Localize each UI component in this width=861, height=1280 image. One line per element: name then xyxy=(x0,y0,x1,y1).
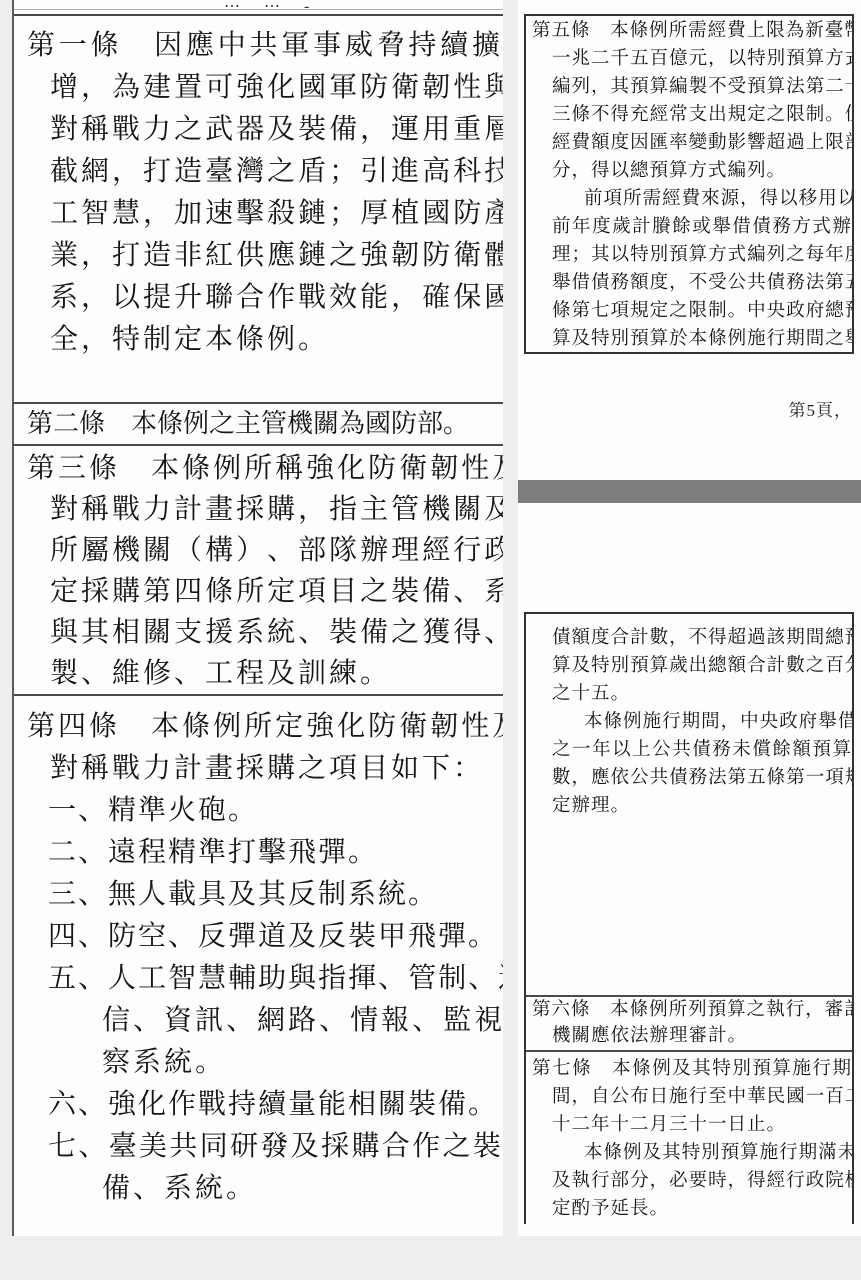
text-line: 之十五。 xyxy=(526,680,852,708)
text-line: 定採購第四條所定項目之裝備、系統 xyxy=(14,571,503,612)
article-5-continued-panel: 債額度合計數，不得超過該期間總預算及特別預算歲出總額合計數之百分之十五。本條例施… xyxy=(526,614,852,995)
text-line: 一、精準火砲。 xyxy=(14,790,503,832)
text-line: 十二年十二月三十一日止。 xyxy=(526,1111,852,1139)
text-line: 第三條 本條例所稱強化防衛韌性及不 xyxy=(14,448,503,489)
text-line: 第五條 本條例所需經費上限為新臺幣 xyxy=(526,17,852,45)
article-3-section: 第三條 本條例所稱強化防衛韌性及不對稱戰力計畫採購，指主管機關及其所屬機關（構）… xyxy=(14,446,503,694)
top-rule-dark xyxy=(14,14,503,16)
article-7-panel: 第七條 本條例及其特別預算施行期間，自公布日施行至中華民國一百二十二年十二月三十… xyxy=(526,1052,852,1224)
text-line: 第六條 本條例所列預算之執行，審計 xyxy=(526,997,852,1023)
text-line: 二、遠程精準打擊飛彈。 xyxy=(14,832,503,874)
text-line: 四、防空、反彈道及反裝甲飛彈。 xyxy=(14,916,503,958)
text-line: 一兆二千五百億元，以特別預算方式 xyxy=(526,45,852,73)
text-line: 第一條 因應中共軍事威脅持續擴 xyxy=(14,25,503,67)
text-line: 前年度歲計賸餘或舉借債務方式辦 xyxy=(526,213,852,241)
text-line: 算及特別預算歲出總額合計數之百分 xyxy=(526,652,852,680)
article-6-panel: 第六條 本條例所列預算之執行，審計機關應依法辦理審計。 xyxy=(526,997,852,1050)
text-line: 定酌予延長。 xyxy=(526,1195,852,1223)
right-page-sheet: 第五條 本條例所需經費上限為新臺幣一兆二千五百億元，以特別預算方式編列，其預算編… xyxy=(518,0,861,1236)
text-line: 定辦理。 xyxy=(526,792,852,820)
lower-panels-group: 債額度合計數，不得超過該期間總預算及特別預算歲出總額合計數之百分之十五。本條例施… xyxy=(524,612,854,1224)
text-line: 察系統。 xyxy=(14,1042,503,1084)
text-line: 信、資訊、網路、情報、監視及偵 xyxy=(14,1000,503,1042)
text-line: 與其相關支援系統、裝備之獲得、產 xyxy=(14,612,503,653)
text-line: 分，得以總預算方式編列。 xyxy=(526,157,852,185)
redaction-bar xyxy=(518,480,861,503)
text-line: 七、臺美共同研發及採購合作之裝 xyxy=(14,1126,503,1168)
text-line: 及執行部分，必要時，得經行政院核 xyxy=(526,1167,852,1195)
left-articles: 第一條 因應中共軍事威脅持續擴增，為建置可強化國軍防衛韌性與不對稱戰力之武器及裝… xyxy=(14,17,503,1236)
text-line: 業，打造非紅供應鏈之強韌防衛體 xyxy=(14,235,503,277)
text-line: 之一年以上公共債務未償餘額預算 xyxy=(526,736,852,764)
article-5-panel: 第五條 本條例所需經費上限為新臺幣一兆二千五百億元，以特別預算方式編列，其預算編… xyxy=(524,14,854,354)
text-line: 經費額度因匯率變動影響超過上限部 xyxy=(526,129,852,157)
text-line: 舉借債務額度，不受公共債務法第五 xyxy=(526,269,852,297)
text-line: 理；其以特別預算方式編列之每年度 xyxy=(526,241,852,269)
document-page: ⋯ ⋯ ‐ 第一條 因應中共軍事威脅持續擴增，為建置可強化國軍防衛韌性與不對稱戰… xyxy=(0,0,861,1280)
text-line: 截網，打造臺灣之盾；引進高科技及人 xyxy=(14,151,503,193)
text-line: 第二條 本條例之主管機關為國防部。 xyxy=(14,404,503,444)
text-line: 對稱戰力計畫採購之項目如下： xyxy=(14,748,503,790)
text-line: 工智慧，加速擊殺鏈；厚植國防產 xyxy=(14,193,503,235)
text-line: 三條不得充經常支出規定之限制。但 xyxy=(526,101,852,129)
article-4-section: 第四條 本條例所定強化防衛韌性及不對稱戰力計畫採購之項目如下：一、精準火砲。二、… xyxy=(14,696,503,1236)
text-line: 條第七項規定之限制。中央政府總預 xyxy=(526,297,852,325)
text-line: 算及特別預算於本條例施行期間之舉 xyxy=(526,325,852,353)
text-line: 增，為建置可強化國軍防衛韌性與不 xyxy=(14,67,503,109)
page-number: 第5頁， xyxy=(524,398,852,424)
text-line: 數，應依公共債務法第五條第一項規 xyxy=(526,764,852,792)
text-line: 第四條 本條例所定強化防衛韌性及不 xyxy=(14,706,503,748)
left-page-sheet: ⋯ ⋯ ‐ 第一條 因應中共軍事威脅持續擴增，為建置可強化國軍防衛韌性與不對稱戰… xyxy=(12,0,503,1236)
text-line: 全，特制定本條例。 xyxy=(14,319,503,361)
article-1-section: 第一條 因應中共軍事威脅持續擴增，為建置可強化國軍防衛韌性與不對稱戰力之武器及裝… xyxy=(14,17,503,402)
text-line: 機關應依法辦理審計。 xyxy=(526,1023,852,1049)
text-line: 編列，其預算編製不受預算法第二十 xyxy=(526,73,852,101)
top-rule-light xyxy=(14,9,503,10)
text-line: 備、系統。 xyxy=(14,1168,503,1210)
text-line: 對稱戰力計畫採購，指主管機關及其 xyxy=(14,489,503,530)
text-line: 六、強化作戰持續量能相關裝備。 xyxy=(14,1084,503,1126)
text-line: 債額度合計數，不得超過該期間總預 xyxy=(526,624,852,652)
text-line: 所屬機關（構）、部隊辦理經行政院核 xyxy=(14,530,503,571)
text-line: 對稱戰力之武器及裝備，運用重層攔 xyxy=(14,109,503,151)
text-line: 本條例及其特別預算施行期滿未 xyxy=(526,1139,852,1167)
text-line: 第七條 本條例及其特別預算施行期 xyxy=(526,1055,852,1083)
clipped-text-fragment: ⋯ ⋯ ‐ xyxy=(224,0,334,8)
text-line: 三、無人載具及其反制系統。 xyxy=(14,874,503,916)
text-line: 系，以提升聯合作戰效能，確保國家安 xyxy=(14,277,503,319)
text-line: 前項所需經費來源，得以移用以 xyxy=(526,185,852,213)
text-line: 製、維修、工程及訓練。 xyxy=(14,653,503,694)
text-line: 間，自公布日施行至中華民國一百二 xyxy=(526,1083,852,1111)
text-line: 五、人工智慧輔助與指揮、管制、通 xyxy=(14,958,503,1000)
text-line: 本條例施行期間，中央政府舉借 xyxy=(526,708,852,736)
article-2-section: 第二條 本條例之主管機關為國防部。 xyxy=(14,404,503,444)
